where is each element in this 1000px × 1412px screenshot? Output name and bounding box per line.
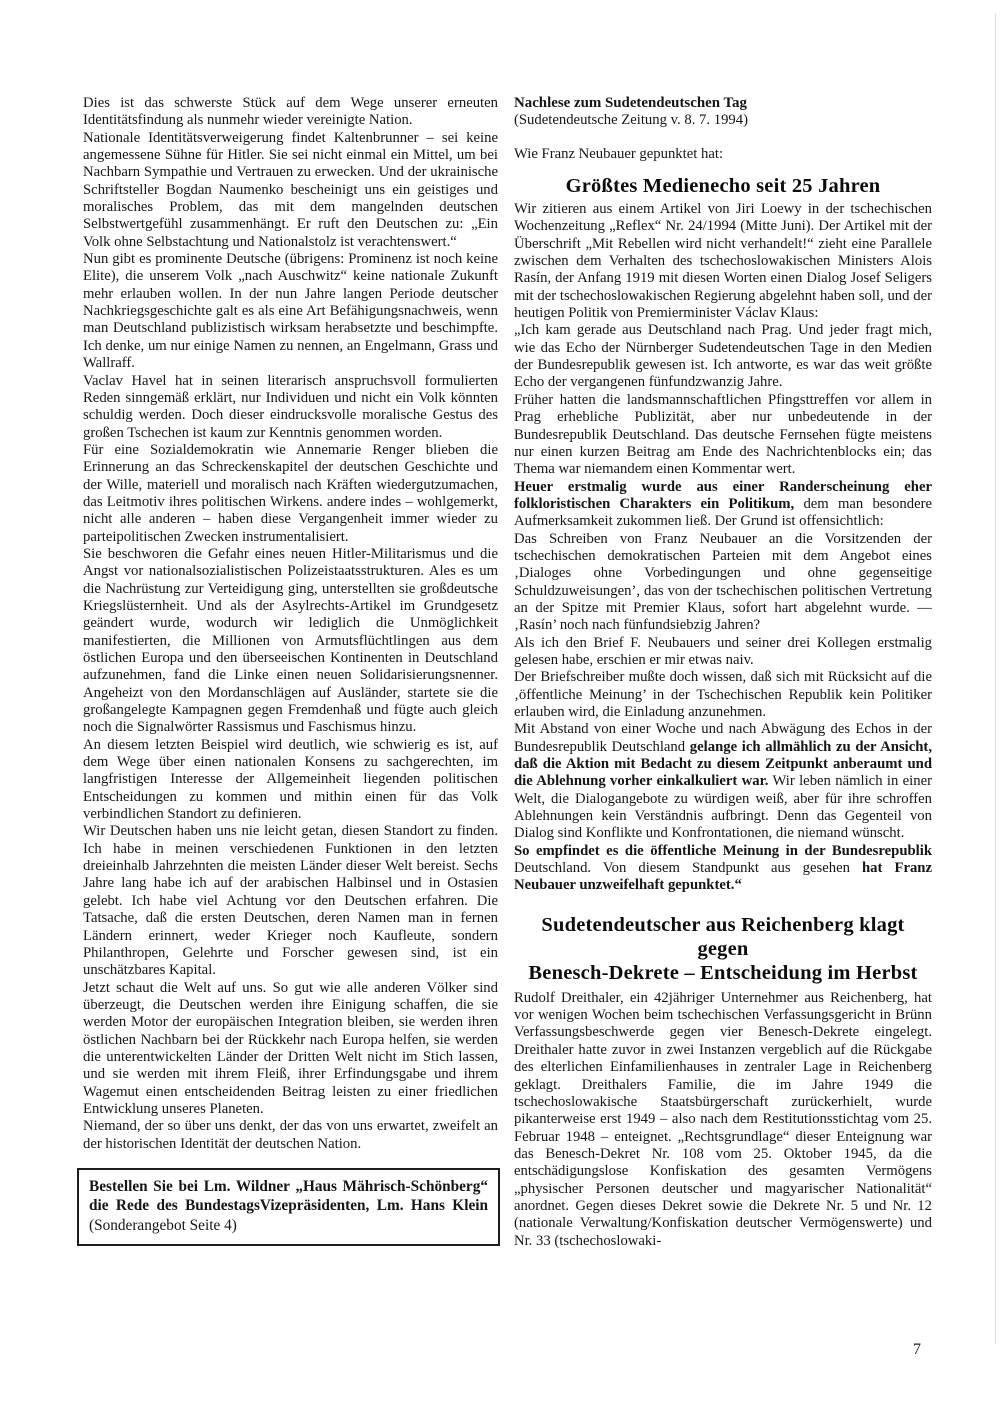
- paragraph-segment: Nun gibt es prominente Deutsche (übrigen…: [83, 251, 498, 371]
- article-medienecho-text: Wir zitieren aus einem Artikel von Jiri …: [514, 201, 932, 895]
- paragraph-segment: Niemand, der so über uns denkt, der das …: [83, 1118, 498, 1151]
- paragraph-segment: Als ich den Brief F. Neubauers und seine…: [514, 635, 932, 668]
- paragraph-segment: Dies ist das schwerste Stück auf dem Weg…: [83, 95, 498, 128]
- paragraph: Sie beschworen die Gefahr eines neuen Hi…: [83, 546, 498, 737]
- paragraph-segment: Für eine Sozialdemokratin wie Annemarie …: [83, 442, 498, 545]
- paragraph: An diesem letzten Beispiel wird deutlich…: [83, 737, 498, 824]
- kicker-source: (Sudetendeutsche Zeitung v. 8. 7. 1994): [514, 112, 932, 129]
- order-box-bold-text: Bestellen Sie bei Lm. Wildner „Haus Mähr…: [89, 1178, 488, 1214]
- paragraph-segment: Jetzt schaut die Welt auf uns. So gut wi…: [83, 980, 498, 1117]
- paragraph-segment: Deutschland. Von diesem Standpunkt aus g…: [514, 860, 862, 876]
- headline-reichenberg: Sudetendeutscher aus Reichenberg klagt g…: [514, 913, 932, 985]
- paragraph-segment: Wir zitieren aus einem Artikel von Jiri …: [514, 201, 932, 321]
- paragraph-segment: Früher hatten die landsmannschaftlichen …: [514, 392, 932, 477]
- paragraph: Vaclav Havel hat in seinen literarisch a…: [83, 373, 498, 442]
- paragraph: Dies ist das schwerste Stück auf dem Weg…: [83, 95, 498, 130]
- paragraph-segment: Nationale Identitätsverweigerung findet …: [83, 130, 498, 250]
- paragraph: „Ich kam gerade aus Deutschland nach Pra…: [514, 322, 932, 391]
- right-column: Nachlese zum Sudetendeutschen Tag (Sudet…: [514, 95, 932, 1250]
- left-column-text: Dies ist das schwerste Stück auf dem Weg…: [83, 95, 498, 1153]
- paragraph-segment: Sie beschworen die Gefahr eines neuen Hi…: [83, 546, 498, 735]
- paragraph: Früher hatten die landsmannschaftlichen …: [514, 392, 932, 479]
- paragraph: Wir Deutschen haben uns nie leicht getan…: [83, 823, 498, 979]
- headline-reichenberg-line1: Sudetendeutscher aus Reichenberg klagt g…: [514, 913, 932, 961]
- paragraph: Wir zitieren aus einem Artikel von Jiri …: [514, 201, 932, 322]
- paragraph: Als ich den Brief F. Neubauers und seine…: [514, 635, 932, 670]
- paragraph: Rudolf Dreithaler, ein 42jähriger Untern…: [514, 990, 932, 1250]
- paragraph-segment: Das Schreiben von Franz Neubauer an die …: [514, 531, 932, 634]
- paragraph: Heuer erstmalig wurde aus einer Randersc…: [514, 479, 932, 531]
- paragraph: Das Schreiben von Franz Neubauer an die …: [514, 531, 932, 635]
- page-number: 7: [913, 1341, 921, 1359]
- paragraph-bold-segment: So empfindet es die öffentliche Meinung …: [514, 843, 932, 859]
- order-box: Bestellen Sie bei Lm. Wildner „Haus Mähr…: [77, 1168, 500, 1246]
- paragraph-segment: Wir Deutschen haben uns nie leicht getan…: [83, 823, 498, 978]
- paragraph: Jetzt schaut die Welt auf uns. So gut wi…: [83, 980, 498, 1119]
- paragraph: Nationale Identitätsverweigerung findet …: [83, 130, 498, 251]
- paragraph: Nun gibt es prominente Deutsche (übrigen…: [83, 251, 498, 372]
- paragraph-segment: „Ich kam gerade aus Deutschland nach Pra…: [514, 322, 932, 390]
- intro-line: Wie Franz Neubauer gepunktet hat:: [514, 146, 932, 163]
- paragraph: Für eine Sozialdemokratin wie Annemarie …: [83, 442, 498, 546]
- left-column: Dies ist das schwerste Stück auf dem Weg…: [83, 95, 498, 1246]
- paragraph-segment: An diesem letzten Beispiel wird deutlich…: [83, 737, 498, 822]
- paragraph-segment: Vaclav Havel hat in seinen literarisch a…: [83, 373, 498, 441]
- scan-edge-artifact: [995, 14, 996, 1344]
- headline-medienecho: Größtes Medienecho seit 25 Jahren: [514, 175, 932, 198]
- paragraph: Der Briefschreiber mußte doch wissen, da…: [514, 669, 932, 721]
- paragraph: So empfindet es die öffentliche Meinung …: [514, 843, 932, 895]
- order-box-regular-text: (Sonderangebot Seite 4): [89, 1217, 237, 1234]
- kicker-title: Nachlese zum Sudetendeutschen Tag: [514, 95, 932, 112]
- paragraph-segment: Rudolf Dreithaler, ein 42jähriger Untern…: [514, 990, 932, 1249]
- paragraph-segment: Der Briefschreiber mußte doch wissen, da…: [514, 669, 932, 720]
- paragraph: Mit Abstand von einer Woche und nach Abw…: [514, 721, 932, 842]
- headline-reichenberg-line2: Benesch-Dekrete – Entscheidung im Herbst: [514, 961, 932, 985]
- article-reichenberg-text: Rudolf Dreithaler, ein 42jähriger Untern…: [514, 990, 932, 1250]
- paragraph: Niemand, der so über uns denkt, der das …: [83, 1118, 498, 1153]
